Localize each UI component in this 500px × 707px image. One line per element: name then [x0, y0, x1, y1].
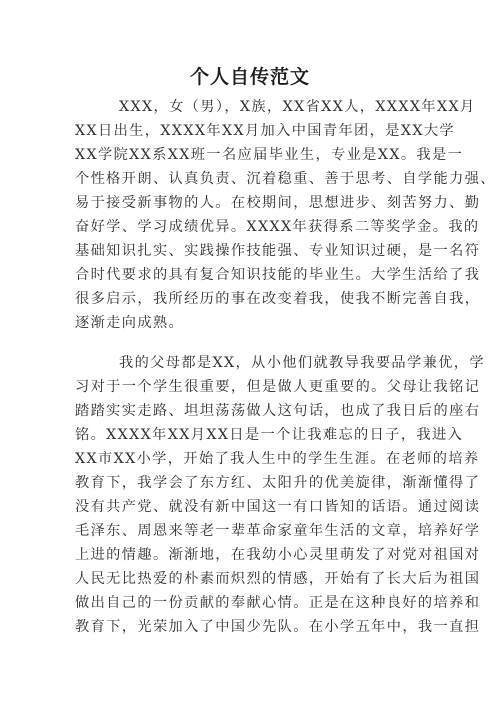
- paragraph-2: 我的父母都是XX，从小他们就教导我要品学兼优，学 习对于一个学生很重要，但是做人…: [75, 351, 427, 639]
- paragraph-1: XXX，女（男），X族，XX省XX人，XXXX年XX月 XX日出生，XXXX年X…: [75, 95, 427, 335]
- text-line: XX日出生，XXXX年XX月加入中国青年团，是XX大学: [75, 119, 427, 143]
- text-line: 奋好学、学习成绩优异。XXXX年获得系二等奖学金。我的: [75, 215, 427, 239]
- document-title: 个人自传范文: [0, 63, 500, 91]
- text-line: 踏踏实实走路、坦坦荡荡做人这句话，也成了我日后的座右: [75, 399, 427, 423]
- document-page: 个人自传范文 XXX，女（男），X族，XX省XX人，XXXX年XX月 XX日出生…: [0, 0, 500, 707]
- text-line: 基础知识扎实、实践操作技能强、专业知识过硬，是一名符: [75, 239, 427, 263]
- text-line: 我的父母都是XX，从小他们就教导我要品学兼优，学: [75, 351, 427, 375]
- text-line: 做出自己的一份贡献的奉献心情。正是在这种良好的培养和: [75, 591, 427, 615]
- document-body: XXX，女（男），X族，XX省XX人，XXXX年XX月 XX日出生，XXXX年X…: [75, 95, 427, 639]
- text-line: 人民无比热爱的朴素而炽烈的情感，开始有了长大后为祖国: [75, 567, 427, 591]
- text-line: 毛泽东、周恩来等老一辈革命家童年生活的文章，培养好学: [75, 519, 427, 543]
- text-line: 教育下，光荣加入了中国少先队。在小学五年中，我一直担: [75, 615, 427, 639]
- text-line: XX学院XX系XX班一名应届毕业生，专业是XX。我是一: [75, 143, 427, 167]
- text-line: 逐渐走向成熟。: [75, 311, 427, 335]
- text-line: 易于接受新事物的人。在校期间，思想进步、刻苦努力、勤: [75, 191, 427, 215]
- text-line: 教育下，我学会了东方红、太阳升的优美旋律，渐渐懂得了: [75, 471, 427, 495]
- text-line: 上进的情趣。渐渐地，在我幼小心灵里萌发了对党对祖国对: [75, 543, 427, 567]
- text-line: 没有共产党、就没有新中国这一有口皆知的话语。通过阅读: [75, 495, 427, 519]
- text-line: 个性格开朗、认真负责、沉着稳重、善于思考、自学能力强、: [75, 167, 427, 191]
- text-line: XXX，女（男），X族，XX省XX人，XXXX年XX月: [75, 95, 427, 119]
- text-line: 很多启示，我所经历的事在改变着我，使我不断完善自我，: [75, 287, 427, 311]
- text-line: XX市XX小学，开始了我人生中的学生生涯。在老师的培养: [75, 447, 427, 471]
- text-line: 合时代要求的具有复合知识技能的毕业生。大学生活给了我: [75, 263, 427, 287]
- text-line: 习对于一个学生很重要，但是做人更重要的。父母让我铭记: [75, 375, 427, 399]
- text-line: 铭。XXXX年XX月XX日是一个让我难忘的日子，我进入: [75, 423, 427, 447]
